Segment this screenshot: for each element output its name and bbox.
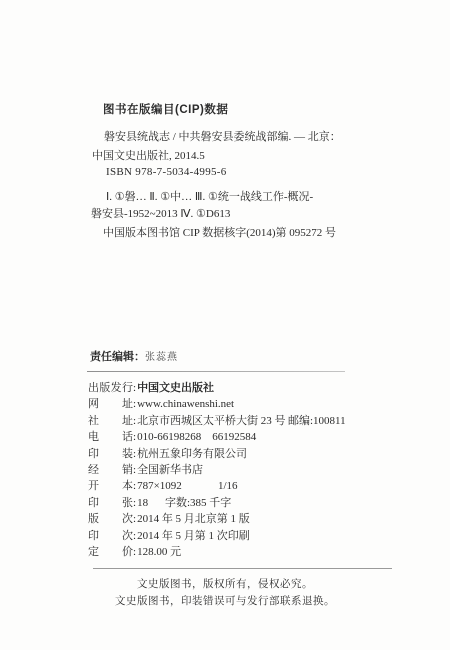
colophon-value: 787×1092 bbox=[137, 478, 182, 494]
colophon-row-website: 网址:www.chinawenshi.net bbox=[88, 396, 408, 412]
postcode: 邮编:100811 bbox=[288, 413, 346, 429]
editor-colon: ： bbox=[134, 351, 145, 363]
colophon-label: 出版发行 bbox=[88, 380, 133, 396]
colophon-row-sheets: 印张:18 字数:385 千字 bbox=[88, 495, 408, 511]
colophon-label: 定价 bbox=[88, 544, 133, 560]
divider-bottom bbox=[93, 568, 392, 569]
cip-block-header: 图书在版编目(CIP)数据 bbox=[103, 101, 228, 117]
word-count: 字数:385 千字 bbox=[165, 495, 231, 511]
cip-classification-line-1: Ⅰ. ①磐… Ⅱ. ①中… Ⅲ. ①统一战线工作-概况- bbox=[106, 188, 313, 204]
responsible-editor-name: 张蕊燕 bbox=[145, 352, 178, 363]
colophon-row-format: 开本:787×1092 1/16 bbox=[88, 478, 408, 494]
colophon-label: 网址 bbox=[88, 396, 133, 412]
colophon-value: 全国新华书店 bbox=[137, 462, 203, 478]
colophon-row-publisher: 出版发行:中国文史出版社 bbox=[88, 380, 408, 396]
colon: : bbox=[133, 544, 136, 560]
colophon-value: 18 bbox=[137, 495, 148, 511]
format-fraction: 1/16 bbox=[218, 478, 238, 494]
colophon-label: 电话 bbox=[88, 429, 133, 445]
colophon: 出版发行:中国文史出版社 网址:www.chinawenshi.net 社址:北… bbox=[88, 380, 408, 560]
colophon-value: 2014 年 5 月第 1 次印刷 bbox=[137, 528, 250, 544]
colophon-row-distribution: 经销:全国新华书店 bbox=[88, 462, 408, 478]
colon: : bbox=[133, 495, 136, 511]
colophon-value: 杭州五象印务有限公司 bbox=[137, 446, 247, 462]
exchange-notice: 文史版图书，印装错误可与发行部联系退换。 bbox=[25, 593, 425, 608]
colon: : bbox=[133, 413, 136, 429]
colophon-value: 010-66198268 66192584 bbox=[137, 429, 256, 445]
cip-classification-line-2: 磐安县-1952~2013 Ⅳ. ①D613 bbox=[91, 205, 230, 221]
colon: : bbox=[133, 446, 136, 462]
colophon-row-telephone: 电话:010-66198268 66192584 bbox=[88, 429, 408, 445]
colophon-label: 版次 bbox=[88, 511, 133, 527]
colon: : bbox=[133, 462, 136, 478]
colon: : bbox=[133, 429, 136, 445]
colophon-label: 社址 bbox=[88, 413, 133, 429]
responsible-editor-line: 责任编辑：张蕊燕 bbox=[90, 348, 178, 364]
colophon-label: 印装 bbox=[88, 446, 133, 462]
responsible-editor-label: 责任编辑 bbox=[90, 351, 134, 363]
colophon-row-address: 社址:北京市西城区太平桥大街 23 号 邮编:100811 bbox=[88, 413, 408, 429]
colophon-value: 128.00 元 bbox=[137, 544, 181, 560]
colon: : bbox=[133, 528, 136, 544]
colophon-value: 2014 年 5 月北京第 1 版 bbox=[137, 511, 250, 527]
colon: : bbox=[133, 396, 136, 412]
cip-isbn: ISBN 978-7-5034-4995-6 bbox=[106, 166, 227, 178]
colophon-value: www.chinawenshi.net bbox=[137, 396, 234, 412]
colophon-value: 中国文史出版社 bbox=[137, 380, 214, 396]
colophon-label: 印次 bbox=[88, 528, 133, 544]
colophon-label: 开本 bbox=[88, 478, 133, 494]
divider-top bbox=[87, 371, 345, 372]
copyright-notice: 文史版图书，版权所有，侵权必究。 bbox=[25, 576, 425, 591]
colophon-label: 印张 bbox=[88, 495, 133, 511]
colon: : bbox=[133, 511, 136, 527]
cip-publisher-line: 中国文史出版社, 2014.5 bbox=[92, 147, 205, 163]
colon: : bbox=[133, 478, 136, 494]
colophon-value: 北京市西城区太平桥大街 23 号 bbox=[137, 413, 286, 429]
colophon-row-price: 定价:128.00 元 bbox=[88, 544, 408, 560]
colophon-row-impression: 印次:2014 年 5 月第 1 次印刷 bbox=[88, 528, 408, 544]
cip-title-line: 磐安县统战志 / 中共磐安县委统战部编. — 北京： bbox=[104, 128, 341, 144]
book-copyright-page: 图书在版编目(CIP)数据 磐安县统战志 / 中共磐安县委统战部编. — 北京：… bbox=[0, 0, 450, 650]
colon: : bbox=[133, 380, 136, 396]
colophon-row-edition: 版次:2014 年 5 月北京第 1 版 bbox=[88, 511, 408, 527]
cip-record-number: 中国版本图书馆 CIP 数据核字(2014)第 095272 号 bbox=[103, 224, 336, 240]
colophon-row-printing: 印装:杭州五象印务有限公司 bbox=[88, 446, 408, 462]
colophon-label: 经销 bbox=[88, 462, 133, 478]
